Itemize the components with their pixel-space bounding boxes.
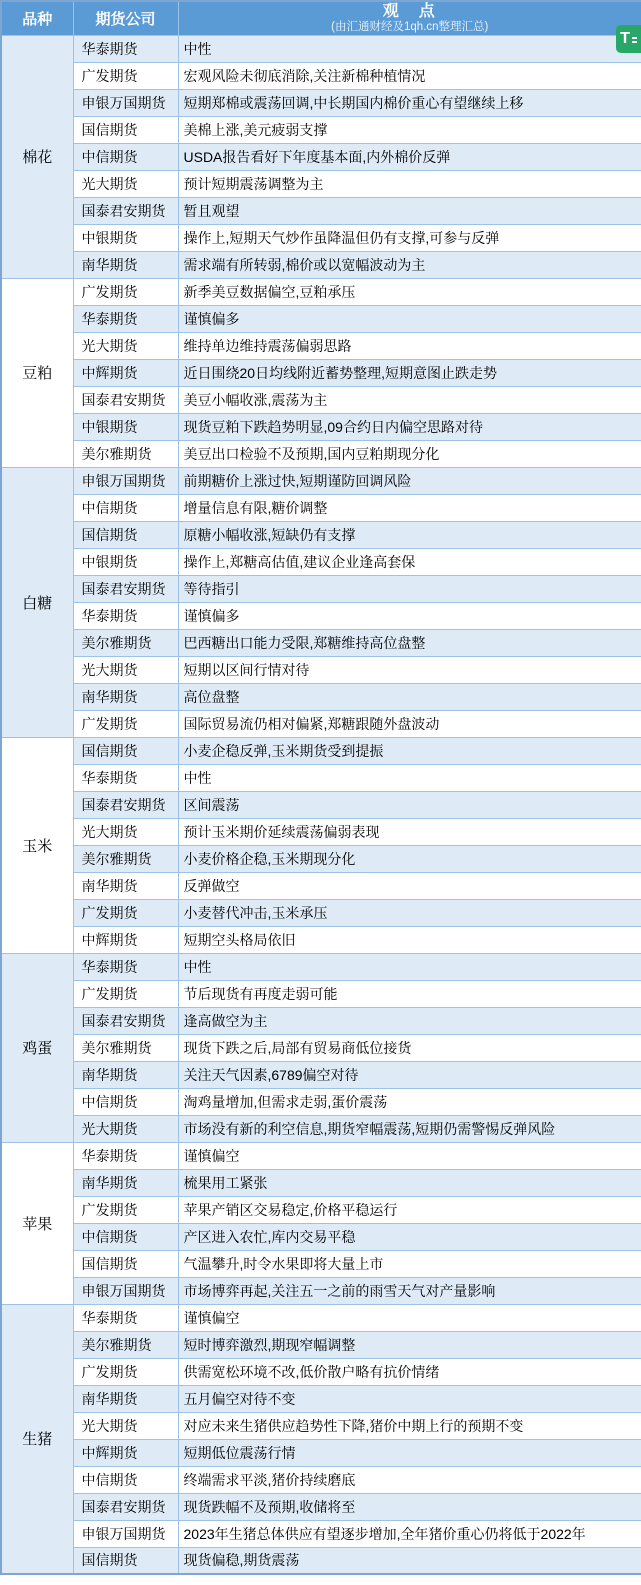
company-cell: 申银万国期货: [73, 467, 178, 494]
table-row: 美尔雅期货现货下跌之后,局部有贸易商低位接货: [1, 1034, 641, 1061]
table-row: 国泰君安期货逢高做空为主: [1, 1007, 641, 1034]
table-row: 光大期货短期以区间行情对待: [1, 656, 641, 683]
view-cell: 区间震荡: [178, 791, 641, 818]
view-cell: 原糖小幅收涨,短缺仍有支撑: [178, 521, 641, 548]
table-row: 南华期货反弹做空: [1, 872, 641, 899]
table-row: 中银期货操作上,短期天气炒作虽降温但仍有支撑,可参与反弹: [1, 224, 641, 251]
view-cell: 关注天气因素,6789偏空对待: [178, 1061, 641, 1088]
company-cell: 美尔雅期货: [73, 845, 178, 872]
table-row: 国泰君安期货美豆小幅收涨,震荡为主: [1, 386, 641, 413]
table-row: 华泰期货谨慎偏多: [1, 305, 641, 332]
company-cell: 广发期货: [73, 899, 178, 926]
view-cell: 高位盘整: [178, 683, 641, 710]
view-cell: 小麦替代冲击,玉米承压: [178, 899, 641, 926]
company-cell: 光大期货: [73, 1412, 178, 1439]
company-cell: 国信期货: [73, 1250, 178, 1277]
table-row: 南华期货高位盘整: [1, 683, 641, 710]
company-cell: 南华期货: [73, 1385, 178, 1412]
company-cell: 中银期货: [73, 413, 178, 440]
translate-extension-icon[interactable]: T: [616, 25, 641, 53]
company-cell: 光大期货: [73, 1115, 178, 1142]
view-cell: 短期以区间行情对待: [178, 656, 641, 683]
company-cell: 国泰君安期货: [73, 1007, 178, 1034]
table-row: 申银万国期货2023年生猪总体供应有望逐步增加,全年猪价重心仍将低于2022年: [1, 1520, 641, 1547]
table-row: 光大期货对应未来生猪供应趋势性下降,猪价中期上行的预期不变: [1, 1412, 641, 1439]
table-row: 玉米国信期货小麦企稳反弹,玉米期货受到提振: [1, 737, 641, 764]
company-cell: 华泰期货: [73, 1304, 178, 1331]
view-cell: 2023年生猪总体供应有望逐步增加,全年猪价重心仍将低于2022年: [178, 1520, 641, 1547]
table-row: 中信期货USDA报告看好下年度基本面,内外棉价反弹: [1, 143, 641, 170]
variety-cell: 豆粕: [1, 278, 73, 467]
view-cell: 对应未来生猪供应趋势性下降,猪价中期上行的预期不变: [178, 1412, 641, 1439]
company-cell: 广发期货: [73, 62, 178, 89]
table-row: 国泰君安期货现货跌幅不及预期,收储将至: [1, 1493, 641, 1520]
table-row: 美尔雅期货小麦价格企稳,玉米期现分化: [1, 845, 641, 872]
company-cell: 华泰期货: [73, 35, 178, 62]
company-cell: 国泰君安期货: [73, 197, 178, 224]
company-cell: 国信期货: [73, 521, 178, 548]
company-cell: 南华期货: [73, 1169, 178, 1196]
view-cell: 终端需求平淡,猪价持续磨底: [178, 1466, 641, 1493]
company-cell: 国泰君安期货: [73, 575, 178, 602]
company-cell: 申银万国期货: [73, 1520, 178, 1547]
view-cell: 美豆出口检验不及预期,国内豆粕期现分化: [178, 440, 641, 467]
table-row: 鸡蛋华泰期货中性: [1, 953, 641, 980]
view-cell: 预计短期震荡调整为主: [178, 170, 641, 197]
company-cell: 国泰君安期货: [73, 1493, 178, 1520]
view-cell: 预计玉米期价延续震荡偏弱表现: [178, 818, 641, 845]
view-cell: 市场博弈再起,关注五一之前的雨雪天气对产量影响: [178, 1277, 641, 1304]
table-row: 中银期货操作上,郑糖高估值,建议企业逢高套保: [1, 548, 641, 575]
table-row: 白糖申银万国期货前期糖价上涨过快,短期谨防回调风险: [1, 467, 641, 494]
company-cell: 中信期货: [73, 143, 178, 170]
table-row: 中信期货增量信息有限,糖价调整: [1, 494, 641, 521]
company-cell: 中银期货: [73, 224, 178, 251]
view-cell: 供需宽松环境不改,低价散户略有抗价情绪: [178, 1358, 641, 1385]
company-cell: 南华期货: [73, 683, 178, 710]
company-cell: 光大期货: [73, 818, 178, 845]
view-cell: 现货跌幅不及预期,收储将至: [178, 1493, 641, 1520]
view-cell: 维持单边维持震荡偏弱思路: [178, 332, 641, 359]
table-row: 美尔雅期货短时博弈激烈,期现窄幅调整: [1, 1331, 641, 1358]
table-row: 南华期货关注天气因素,6789偏空对待: [1, 1061, 641, 1088]
view-cell: 需求端有所转弱,棉价或以宽幅波动为主: [178, 251, 641, 278]
view-cell: 国际贸易流仍相对偏紧,郑糖跟随外盘波动: [178, 710, 641, 737]
table-row: 棉花华泰期货中性: [1, 35, 641, 62]
view-cell: 谨慎偏空: [178, 1142, 641, 1169]
view-cell: 现货偏稳,期货震荡: [178, 1547, 641, 1574]
table-row: 光大期货维持单边维持震荡偏弱思路: [1, 332, 641, 359]
company-cell: 申银万国期货: [73, 1277, 178, 1304]
table-row: 苹果华泰期货谨慎偏空: [1, 1142, 641, 1169]
view-cell: 苹果产销区交易稳定,价格平稳运行: [178, 1196, 641, 1223]
company-cell: 中信期货: [73, 1088, 178, 1115]
table-row: 申银万国期货短期郑棉或震荡回调,中长期国内棉价重心有望继续上移: [1, 89, 641, 116]
table-row: 光大期货预计玉米期价延续震荡偏弱表现: [1, 818, 641, 845]
view-cell: 增量信息有限,糖价调整: [178, 494, 641, 521]
company-cell: 国信期货: [73, 116, 178, 143]
view-cell: 梳果用工紧张: [178, 1169, 641, 1196]
view-cell: 近日围绕20日均线附近蓄势整理,短期意图止跌走势: [178, 359, 641, 386]
company-cell: 国信期货: [73, 737, 178, 764]
table-row: 国泰君安期货暂且观望: [1, 197, 641, 224]
variety-cell: 白糖: [1, 467, 73, 737]
view-cell: USDA报告看好下年度基本面,内外棉价反弹: [178, 143, 641, 170]
table-row: 华泰期货谨慎偏多: [1, 602, 641, 629]
view-cell: 产区进入农忙,库内交易平稳: [178, 1223, 641, 1250]
company-cell: 国泰君安期货: [73, 791, 178, 818]
table-row: 中信期货产区进入农忙,库内交易平稳: [1, 1223, 641, 1250]
company-cell: 光大期货: [73, 170, 178, 197]
company-cell: 华泰期货: [73, 305, 178, 332]
company-cell: 美尔雅期货: [73, 440, 178, 467]
view-cell: 谨慎偏多: [178, 305, 641, 332]
company-cell: 中辉期货: [73, 926, 178, 953]
view-cell: 短期空头格局依旧: [178, 926, 641, 953]
table-row: 光大期货预计短期震荡调整为主: [1, 170, 641, 197]
table-row: 中辉期货短期低位震荡行情: [1, 1439, 641, 1466]
table-row: 国信期货美棉上涨,美元疲弱支撑: [1, 116, 641, 143]
table-row: 南华期货梳果用工紧张: [1, 1169, 641, 1196]
company-cell: 中辉期货: [73, 359, 178, 386]
company-cell: 光大期货: [73, 656, 178, 683]
view-cell: 新季美豆数据偏空,豆粕承压: [178, 278, 641, 305]
company-cell: 广发期货: [73, 710, 178, 737]
company-cell: 美尔雅期货: [73, 629, 178, 656]
translate-icon-lines: [632, 37, 637, 43]
company-cell: 中信期货: [73, 1223, 178, 1250]
table-row: 中辉期货近日围绕20日均线附近蓄势整理,短期意图止跌走势: [1, 359, 641, 386]
table-row: 广发期货小麦替代冲击,玉米承压: [1, 899, 641, 926]
company-cell: 华泰期货: [73, 602, 178, 629]
view-cell: 美棉上涨,美元疲弱支撑: [178, 116, 641, 143]
variety-cell: 鸡蛋: [1, 953, 73, 1142]
company-cell: 美尔雅期货: [73, 1331, 178, 1358]
company-cell: 广发期货: [73, 278, 178, 305]
view-cell: 操作上,短期天气炒作虽降温但仍有支撑,可参与反弹: [178, 224, 641, 251]
view-cell: 气温攀升,时令水果即将大量上市: [178, 1250, 641, 1277]
view-cell: 谨慎偏空: [178, 1304, 641, 1331]
table-row: 国信期货原糖小幅收涨,短缺仍有支撑: [1, 521, 641, 548]
view-cell: 谨慎偏多: [178, 602, 641, 629]
company-cell: 广发期货: [73, 1196, 178, 1223]
header-view: 观 点 (由汇通财经及1qh.cn整理汇总): [178, 1, 641, 35]
company-cell: 华泰期货: [73, 953, 178, 980]
table-row: 美尔雅期货巴西糖出口能力受限,郑糖维持高位盘整: [1, 629, 641, 656]
table-row: 国信期货气温攀升,时令水果即将大量上市: [1, 1250, 641, 1277]
company-cell: 国泰君安期货: [73, 386, 178, 413]
table-row: 华泰期货中性: [1, 764, 641, 791]
view-cell: 短期低位震荡行情: [178, 1439, 641, 1466]
company-cell: 南华期货: [73, 251, 178, 278]
company-cell: 中信期货: [73, 494, 178, 521]
variety-cell: 生猪: [1, 1304, 73, 1574]
view-cell: 操作上,郑糖高估值,建议企业逢高套保: [178, 548, 641, 575]
view-cell: 淘鸡量增加,但需求走弱,蛋价震荡: [178, 1088, 641, 1115]
table-row: 生猪华泰期货谨慎偏空: [1, 1304, 641, 1331]
table-row: 美尔雅期货美豆出口检验不及预期,国内豆粕期现分化: [1, 440, 641, 467]
company-cell: 南华期货: [73, 872, 178, 899]
company-cell: 中银期货: [73, 548, 178, 575]
view-cell: 宏观风险未彻底消除,关注新棉种植情况: [178, 62, 641, 89]
table-row: 国泰君安期货区间震荡: [1, 791, 641, 818]
table-row: 广发期货节后现货有再度走弱可能: [1, 980, 641, 1007]
company-cell: 美尔雅期货: [73, 1034, 178, 1061]
variety-cell: 棉花: [1, 35, 73, 278]
view-cell: 市场没有新的利空信息,期货窄幅震荡,短期仍需警惕反弹风险: [178, 1115, 641, 1142]
table-row: 中信期货终端需求平淡,猪价持续磨底: [1, 1466, 641, 1493]
header-row: 品种 期货公司 观 点 (由汇通财经及1qh.cn整理汇总): [1, 1, 641, 35]
header-view-title: 观 点: [180, 4, 641, 20]
view-cell: 短期郑棉或震荡回调,中长期国内棉价重心有望继续上移: [178, 89, 641, 116]
view-cell: 现货下跌之后,局部有贸易商低位接货: [178, 1034, 641, 1061]
company-cell: 华泰期货: [73, 764, 178, 791]
table-row: 豆粕广发期货新季美豆数据偏空,豆粕承压: [1, 278, 641, 305]
view-cell: 美豆小幅收涨,震荡为主: [178, 386, 641, 413]
variety-cell: 玉米: [1, 737, 73, 953]
translate-icon-letter: T: [620, 31, 630, 47]
header-company: 期货公司: [73, 1, 178, 35]
view-cell: 逢高做空为主: [178, 1007, 641, 1034]
table-row: 申银万国期货市场博弈再起,关注五一之前的雨雪天气对产量影响: [1, 1277, 641, 1304]
view-cell: 反弹做空: [178, 872, 641, 899]
company-cell: 华泰期货: [73, 1142, 178, 1169]
company-cell: 广发期货: [73, 1358, 178, 1385]
variety-cell: 苹果: [1, 1142, 73, 1304]
table-row: 国泰君安期货等待指引: [1, 575, 641, 602]
view-cell: 短时博弈激烈,期现窄幅调整: [178, 1331, 641, 1358]
table-row: 广发期货苹果产销区交易稳定,价格平稳运行: [1, 1196, 641, 1223]
view-cell: 现货豆粕下跌趋势明显,09合约日内偏空思路对待: [178, 413, 641, 440]
table-row: 光大期货市场没有新的利空信息,期货窄幅震荡,短期仍需警惕反弹风险: [1, 1115, 641, 1142]
view-cell: 小麦价格企稳,玉米期现分化: [178, 845, 641, 872]
view-cell: 小麦企稳反弹,玉米期货受到提振: [178, 737, 641, 764]
table-row: 广发期货国际贸易流仍相对偏紧,郑糖跟随外盘波动: [1, 710, 641, 737]
header-variety: 品种: [1, 1, 73, 35]
view-cell: 节后现货有再度走弱可能: [178, 980, 641, 1007]
view-cell: 中性: [178, 764, 641, 791]
table-row: 广发期货供需宽松环境不改,低价散户略有抗价情绪: [1, 1358, 641, 1385]
company-cell: 中辉期货: [73, 1439, 178, 1466]
view-cell: 暂且观望: [178, 197, 641, 224]
table-row: 国信期货现货偏稳,期货震荡: [1, 1547, 641, 1574]
view-cell: 中性: [178, 35, 641, 62]
view-cell: 中性: [178, 953, 641, 980]
view-cell: 巴西糖出口能力受限,郑糖维持高位盘整: [178, 629, 641, 656]
company-cell: 中信期货: [73, 1466, 178, 1493]
table-row: 中银期货现货豆粕下跌趋势明显,09合约日内偏空思路对待: [1, 413, 641, 440]
table-row: 南华期货五月偏空对待不变: [1, 1385, 641, 1412]
company-cell: 广发期货: [73, 980, 178, 1007]
view-cell: 等待指引: [178, 575, 641, 602]
view-cell: 前期糖价上涨过快,短期谨防回调风险: [178, 467, 641, 494]
company-cell: 南华期货: [73, 1061, 178, 1088]
table-row: 中信期货淘鸡量增加,但需求走弱,蛋价震荡: [1, 1088, 641, 1115]
futures-opinion-page: T 品种 期货公司 观 点 (由汇通财经及1qh.cn整理汇总) 棉花华泰: [0, 0, 641, 1585]
table-row: 广发期货宏观风险未彻底消除,关注新棉种植情况: [1, 62, 641, 89]
company-cell: 申银万国期货: [73, 89, 178, 116]
company-cell: 光大期货: [73, 332, 178, 359]
table-row: 中辉期货短期空头格局依旧: [1, 926, 641, 953]
company-cell: 国信期货: [73, 1547, 178, 1574]
table-row: 南华期货需求端有所转弱,棉价或以宽幅波动为主: [1, 251, 641, 278]
view-cell: 五月偏空对待不变: [178, 1385, 641, 1412]
header-view-subtitle: (由汇通财经及1qh.cn整理汇总): [180, 22, 641, 34]
futures-opinion-table: 品种 期货公司 观 点 (由汇通财经及1qh.cn整理汇总) 棉花华泰期货中性广…: [0, 0, 641, 1575]
